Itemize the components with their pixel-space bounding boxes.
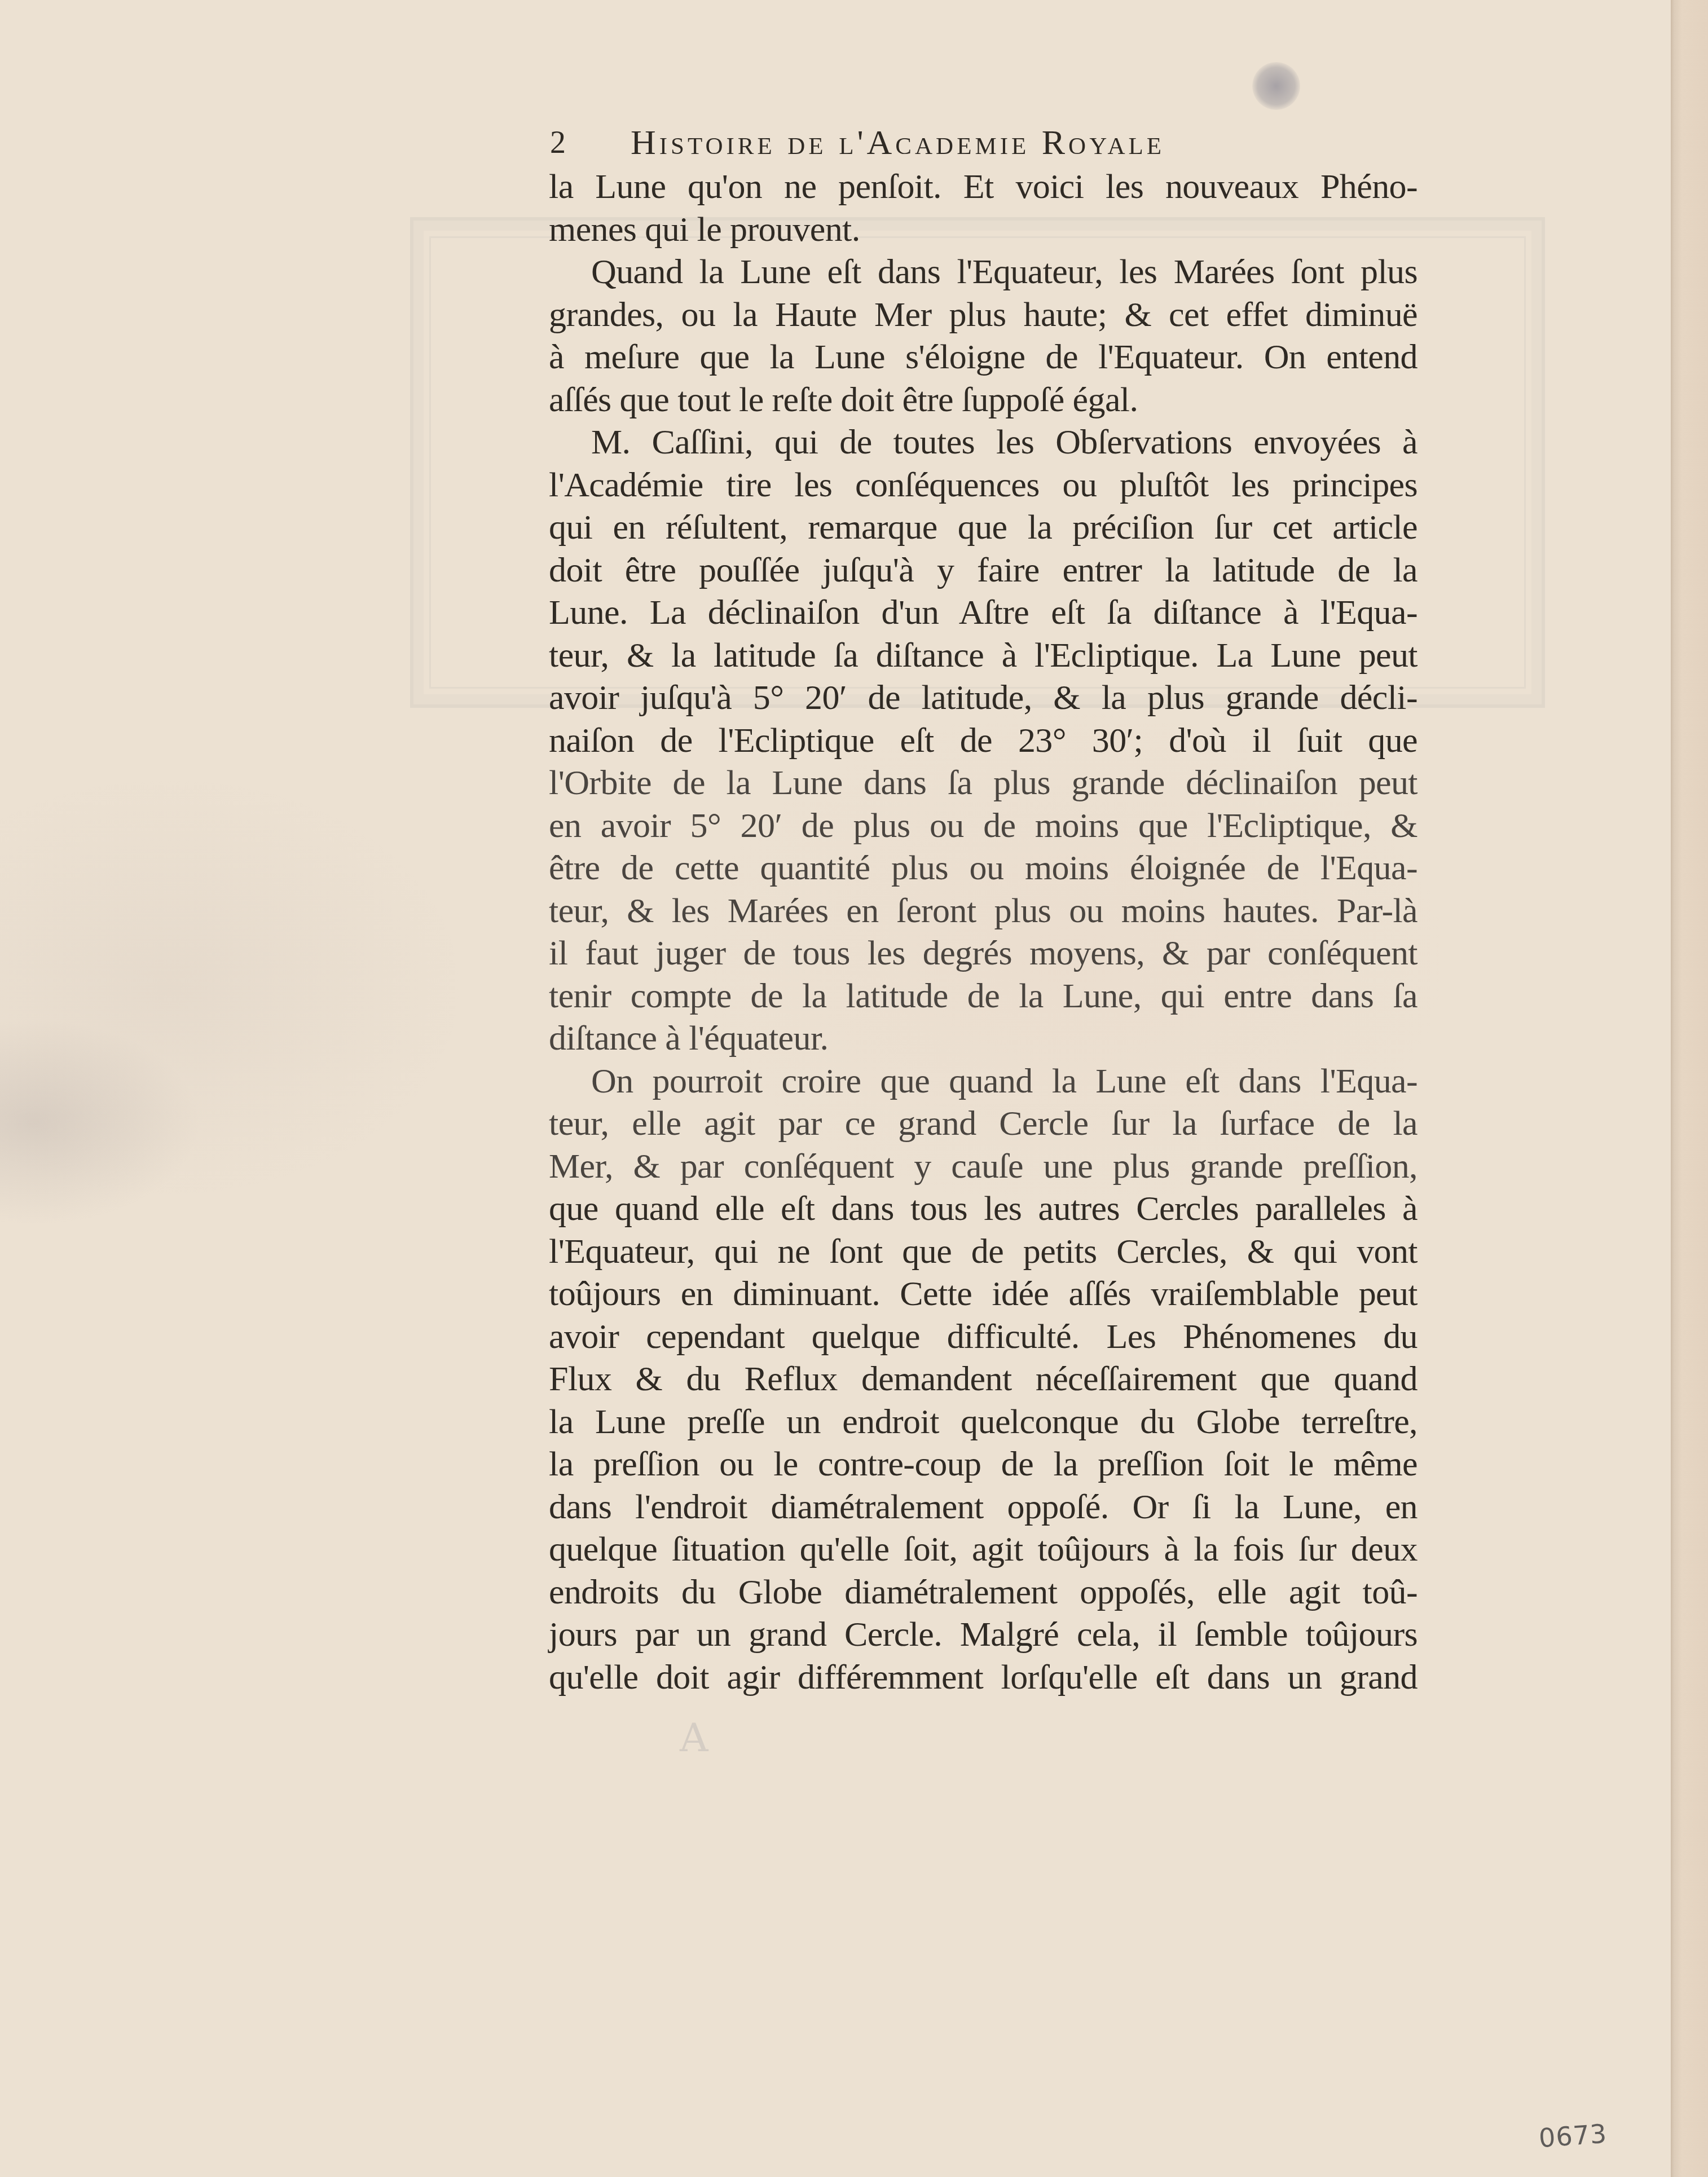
text-line: diſtance à l'équateur. xyxy=(549,1017,1418,1060)
text-line: menes qui le prouvent. xyxy=(549,209,1418,252)
paragraph-1: la Lune qu'on ne penſoit. Et voici les n… xyxy=(549,166,1418,251)
text-line: quelque ſituation qu'elle ſoit, agit toû… xyxy=(549,1528,1418,1571)
text-line: Flux & du Reflux demandent néceſſairemen… xyxy=(549,1358,1418,1401)
text-line: teur, elle agit par ce grand Cercle ſur … xyxy=(549,1103,1418,1145)
running-head-title: Histoire de l'Academie Royale xyxy=(631,120,1165,166)
text-line: Lune. La déclinaiſon d'un Aſtre eſt ſa d… xyxy=(549,592,1418,634)
text-line: Quand la Lune eſt dans l'Equateur, les M… xyxy=(549,251,1418,294)
text-line: qui en réſultent, remarque que la préciſ… xyxy=(549,506,1418,549)
text-line: Mer, & par conſéquent y cauſe une plus g… xyxy=(549,1145,1418,1188)
text-line: jours par un grand Cercle. Malgré cela, … xyxy=(549,1614,1418,1656)
text-line: aſſés que tout le reſte doit être ſuppoſ… xyxy=(549,379,1418,422)
text-line: naiſon de l'Ecliptique eſt de 23° 30′; d… xyxy=(549,720,1418,763)
text-line: dans l'endroit diamétralement oppoſé. Or… xyxy=(549,1486,1418,1529)
show-through-letter: A xyxy=(680,1715,716,1761)
text-line: avoir juſqu'à 5° 20′ de latitude, & la p… xyxy=(549,677,1418,720)
pencil-archive-number: 0673 xyxy=(1538,2118,1608,2153)
text-line: en avoir 5° 20′ de plus ou de moins que … xyxy=(549,805,1418,848)
text-line: l'Orbite de la Lune dans ſa plus grande … xyxy=(549,762,1418,805)
text-line: à meſure que la Lune s'éloigne de l'Equa… xyxy=(549,336,1418,379)
text-block: 2 Histoire de l'Academie Royale la Lune … xyxy=(549,120,1418,1699)
text-line: la Lune qu'on ne penſoit. Et voici les n… xyxy=(549,166,1418,209)
text-line: qu'elle doit agir différemment lorſqu'el… xyxy=(549,1656,1418,1699)
ink-smudge xyxy=(1252,62,1300,110)
text-line: l'Equateur, qui ne ſont que de petits Ce… xyxy=(549,1231,1418,1273)
running-head: 2 Histoire de l'Academie Royale xyxy=(549,120,1418,166)
text-line: que quand elle eſt dans tous les autres … xyxy=(549,1188,1418,1231)
page-number: 2 xyxy=(550,120,566,166)
text-line: On pourroit croire que quand la Lune eſt… xyxy=(549,1060,1418,1103)
text-line: toûjours en diminuant. Cette idée aſſés … xyxy=(549,1273,1418,1316)
text-line: M. Caſſini, qui de toutes les Obſervatio… xyxy=(549,421,1418,464)
book-page: A 2 Histoire de l'Academie Royale la Lun… xyxy=(0,0,1671,2177)
text-line: il faut juger de tous les degrés moyens,… xyxy=(549,932,1418,975)
text-line: teur, & les Marées en ſeront plus ou moi… xyxy=(549,890,1418,933)
text-line: la Lune preſſe un endroit quelconque du … xyxy=(549,1401,1418,1444)
adjacent-page-edge xyxy=(1671,0,1708,2177)
text-line: la preſſion ou le contre-coup de la preſ… xyxy=(549,1443,1418,1486)
text-line: avoir cependant quelque difficulté. Les … xyxy=(549,1316,1418,1359)
text-line: tenir compte de la latitude de la Lune, … xyxy=(549,975,1418,1018)
text-line: être de cette quantité plus ou moins élo… xyxy=(549,847,1418,890)
text-line: grandes, ou la Haute Mer plus haute; & c… xyxy=(549,294,1418,337)
paragraph-4: On pourroit croire que quand la Lune eſt… xyxy=(549,1060,1418,1699)
text-line: teur, & la latitude ſa diſtance à l'Ecli… xyxy=(549,634,1418,677)
text-line: doit être pouſſée juſqu'à y faire entrer… xyxy=(549,549,1418,592)
paragraph-2: Quand la Lune eſt dans l'Equateur, les M… xyxy=(549,251,1418,421)
text-line: endroits du Globe diamétralement oppoſés… xyxy=(549,1571,1418,1614)
text-line: l'Académie tire les conſéquences ou pluſ… xyxy=(549,464,1418,507)
paragraph-3: M. Caſſini, qui de toutes les Obſervatio… xyxy=(549,421,1418,1060)
